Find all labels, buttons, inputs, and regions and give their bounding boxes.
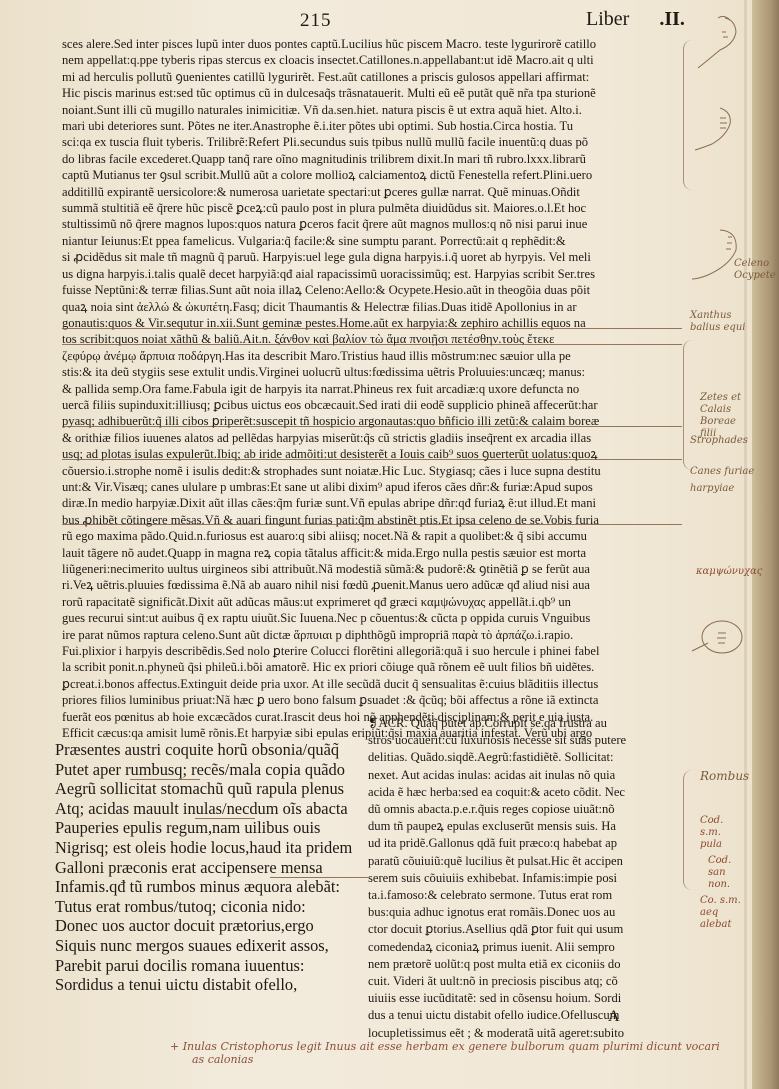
text-line: mari ubi deteriores sunt. Põtes ne iter.… [62, 118, 682, 134]
text-line: ri.Veꝝ uẽtris.pluuies fœdissima ẽ.Nã ab … [62, 577, 682, 593]
marginal-note-greek: καμψώνυχας [696, 566, 746, 578]
text-line: Hic piscis marinus est:sed tũc optimus c… [62, 85, 682, 101]
text-line: unt:& Vir.Visæq; canes ululare p umbras:… [62, 479, 682, 495]
text-line: & pallida semp.Ora fame.Fabula igit de h… [62, 381, 682, 397]
text-line: la scribit ponit.n.phyneũ q̃si phileũ.i.… [62, 659, 682, 675]
margin-bracket [683, 40, 692, 190]
running-head-label: Liber [586, 8, 629, 30]
marginal-note-canes: Canes furiae [690, 466, 754, 478]
text-line: ud ita pridẽ.Gallonus qdã fuit præco:q h… [368, 835, 686, 852]
commentary-block-top: sces alere.Sed inter pisces lupũ inter d… [62, 36, 682, 741]
marginal-note-xanthus: Xanthus balius equi [690, 310, 746, 334]
manicule-icon [690, 10, 740, 70]
verse-line: Parebit parui docilis romana iuuentus: [55, 956, 367, 976]
text-line: si ꝓcidẽdus sit male tñ magnũ q̃ paruũ. … [62, 249, 682, 265]
text-line: summã stultitiã eẽ q̃rere hũc piscẽ ꝑceꝝ… [62, 200, 682, 216]
text-line: captũ Mutianus ter ꝯsul scribit.Mullũ aũ… [62, 167, 682, 183]
handwritten-underline [270, 877, 368, 878]
verse-line: Putet aper rumbusq; recẽs/mala copia quã… [55, 760, 367, 780]
verse-line: Donec uos auctor docuit prætorius,ergo [55, 916, 367, 936]
text-line: dum tñ paupeꝝ epulas excluserũt mensis s… [368, 818, 686, 835]
marginal-note-zetes: Zetes et Calais Boreae filii [700, 392, 748, 440]
text-line: mi ad herculis pollutũ ꝯuenientes catill… [62, 69, 682, 85]
text-line: nem prætorẽ uolũt:q post multa etiã ex c… [368, 956, 686, 973]
text-line: stultissimũ nõ q̃rere magnos lupos:quos … [62, 216, 682, 232]
text-line: sci:qa ex tuscia fluit tyberis. Trilibrẽ… [62, 134, 682, 150]
text-line: rorũ rapacitatẽ significãt.Dixit aũt adũ… [62, 594, 682, 610]
verse-block: Præsentes austri coquite horũ obsonia/qu… [55, 740, 367, 995]
text-line: do libras facile excederet.Quapp tanq̃ r… [62, 151, 682, 167]
text-line: cuit. Videri ãt uult:nõ in preciosis pis… [368, 973, 686, 990]
text-line: cõuersio.i.strophe nomẽ i isulis dedit:&… [62, 463, 682, 479]
marginal-note-rombus: Rombus [700, 770, 749, 782]
handwritten-footnote: + Inulas Cristophorus legit Inuus ait es… [170, 1040, 720, 1066]
text-line: pyasq; adhibuerũt:q̃ illi cibos ꝑriperẽt… [62, 413, 682, 429]
text-line: niantur Ieiunus:Et ppea famelicus. Vulga… [62, 233, 682, 249]
text-line: gues recurui sint:ut auibus q̃ ex raptu … [62, 610, 682, 626]
text-line: & orithiæ filios iuuenes alatos ad pellẽ… [62, 430, 682, 446]
running-head: Liber.II. [586, 8, 685, 31]
verse-line: Præsentes austri coquite horũ obsonia/qu… [55, 740, 367, 760]
text-line: tos scribit:quos noiat xãthũ & baliũ.Ait… [62, 331, 682, 347]
text-line: nem appellat:q.ppe tyberis ripas stercus… [62, 52, 682, 68]
text-line: delitias. Quãdo.siqdẽ.Aegrũ:fastidiẽtẽ. … [368, 749, 686, 766]
text-line: usq; ad plotas isulas expulerũt.Ibiq; ab… [62, 446, 682, 462]
commentary-block-right: ❡ACR. Quãq̃ putet ap.Corrupit se.qa frus… [368, 715, 686, 1042]
text-line: serem suis cõuiuiis exhibebat. Infamis:i… [368, 870, 686, 887]
margin-bracket [683, 770, 692, 890]
folio-number: 215 [300, 10, 332, 32]
manicule-icon [690, 615, 745, 665]
footnote-line: + Inulas Cristophorus legit Inuus ait es… [170, 1040, 720, 1053]
handwritten-underline [130, 779, 200, 780]
text-line: paratũ cõuiuiũ:quẽ lucilius ẽt pulsat.Hi… [368, 853, 686, 870]
manicule-icon [690, 100, 740, 160]
margin-bracket [683, 340, 692, 470]
text-line: diræ.In medio harpyiæ.Dixit aũt illas cã… [62, 495, 682, 511]
text-line: uercã filiis supinduxit:illiusq; ꝑcibus … [62, 397, 682, 413]
text-line: noiant.Sunt illi cũ mugillo naturales in… [62, 102, 682, 118]
verse-line: Siquis nunc mergos suaues edixerit assos… [55, 936, 367, 956]
text-line: quaꝝ noia sint ἀελλώ & ὠκυπέτη.Fasq; dic… [62, 299, 682, 315]
text-line: acida ẽ hæc herba:sed ea coquit:& aceto … [368, 784, 686, 801]
adjacent-page-edge [752, 0, 779, 1089]
text-line: nexet. Aut acidas inulas: acidas ait inu… [368, 767, 686, 784]
text-line: ❡ACR. Quãq̃ putet ap.Corrupit se.qa frus… [368, 715, 686, 732]
text-line: us digna harpyis.i.talis qualẽ decet har… [62, 266, 682, 282]
verse-line: Galloni præconis erat accipensere mensa [55, 858, 367, 878]
text-line: ꝑcreat.i.bonos affectus.Extinguit deide … [62, 676, 682, 692]
handwritten-underline [62, 426, 682, 427]
text-line: liũgeneri:necimerito uultus uirgineos si… [62, 561, 682, 577]
handwritten-underline [62, 524, 682, 525]
text-line: ζεφύρῳ ἀνέμῳ ἅρπυια ποδάργη.Has ita desc… [62, 348, 682, 364]
handwritten-underline [62, 344, 682, 345]
marginal-note-cod2: Cod. san non. [708, 855, 748, 891]
marginal-note-cod1: Cod. s.m. pula [700, 815, 745, 851]
text-line: uiuiis esse iucũditatẽ: sed in cõsensu h… [368, 990, 686, 1007]
marginal-note-cod3: Co. s.m. aeq alebat [700, 895, 748, 931]
text-line: stis:& ita deũ stygiis sese extulit undi… [62, 364, 682, 380]
verse-line: Sordidus a tenui uictu distabit ofello, [55, 975, 367, 995]
text-line: additillũ expirantẽ uersicolore:& numero… [62, 184, 682, 200]
verse-line: Atq; acidas mauult inulas/necdum oĩs aba… [55, 799, 367, 819]
verse-line: Nigrisq; est oleis hodie locus,haud ita … [55, 838, 367, 858]
marginal-note-celeno: Celeno Ocypete [734, 258, 764, 282]
marginal-note-strophades: Strophades [690, 435, 748, 447]
handwritten-underline [195, 818, 255, 819]
footnote-line: as calonias [170, 1053, 720, 1066]
text-line: dus a tenui uictu distabit ofello iudice… [368, 1007, 686, 1024]
marginal-note-harpyiae: harpyiae [690, 483, 734, 495]
text-line: dũ omnis abacta.p.e.r.q̃uis reges copios… [368, 801, 686, 818]
verse-line: Aegrũ sollicitat stomachũ quũ rapula ple… [55, 779, 367, 799]
verse-line: Tutus erat rombus/tutoq; ciconia nido: [55, 897, 367, 917]
text-line: bus:quia adhuc ignotus erat romãis.Donec… [368, 904, 686, 921]
text-line: fuisse Neptũni:& terræ filias.Sunt aũt n… [62, 282, 682, 298]
text-line: rũ ego maxima pãdo.Quid.n.furiosus est a… [62, 528, 682, 544]
book-number: .II. [659, 8, 685, 30]
signature-mark: A [608, 1008, 620, 1026]
text-line: sces alere.Sed inter pisces lupũ inter d… [62, 36, 682, 52]
text-line: ire parat nũmos raptura celeno.Sunt aũt … [62, 627, 682, 643]
text-line: stros uocauerit:cũ luxuriosis necesse si… [368, 732, 686, 749]
verse-line: Infamis.qđ tũ rumbos minus æquora alebãt… [55, 877, 367, 897]
text-line: comedendaꝝ ciconiaꝝ primus iuenit. Alii … [368, 939, 686, 956]
text-line: priores filios luminibus priuat:Nã hæc ꝑ… [62, 692, 682, 708]
text-line: Fui.plixior i harpyis describẽdis.Sed no… [62, 643, 682, 659]
handwritten-underline [62, 459, 682, 460]
text-line: bus ꝓhibẽt cõtingere mẽsas.Vñ & auari fi… [62, 512, 682, 528]
verse-line: Pauperies epulis regum,nam uilibus ouis [55, 818, 367, 838]
text-line: ctor docuit ꝑtorius.Asellius qdã ꝑtor fu… [368, 921, 686, 938]
text-line: ta.i.famoso:& celebrato sermone. Tutus e… [368, 887, 686, 904]
text-line: lauit tãgere nõ audet.Quapp in magna reꝝ… [62, 545, 682, 561]
handwritten-underline [62, 328, 682, 329]
